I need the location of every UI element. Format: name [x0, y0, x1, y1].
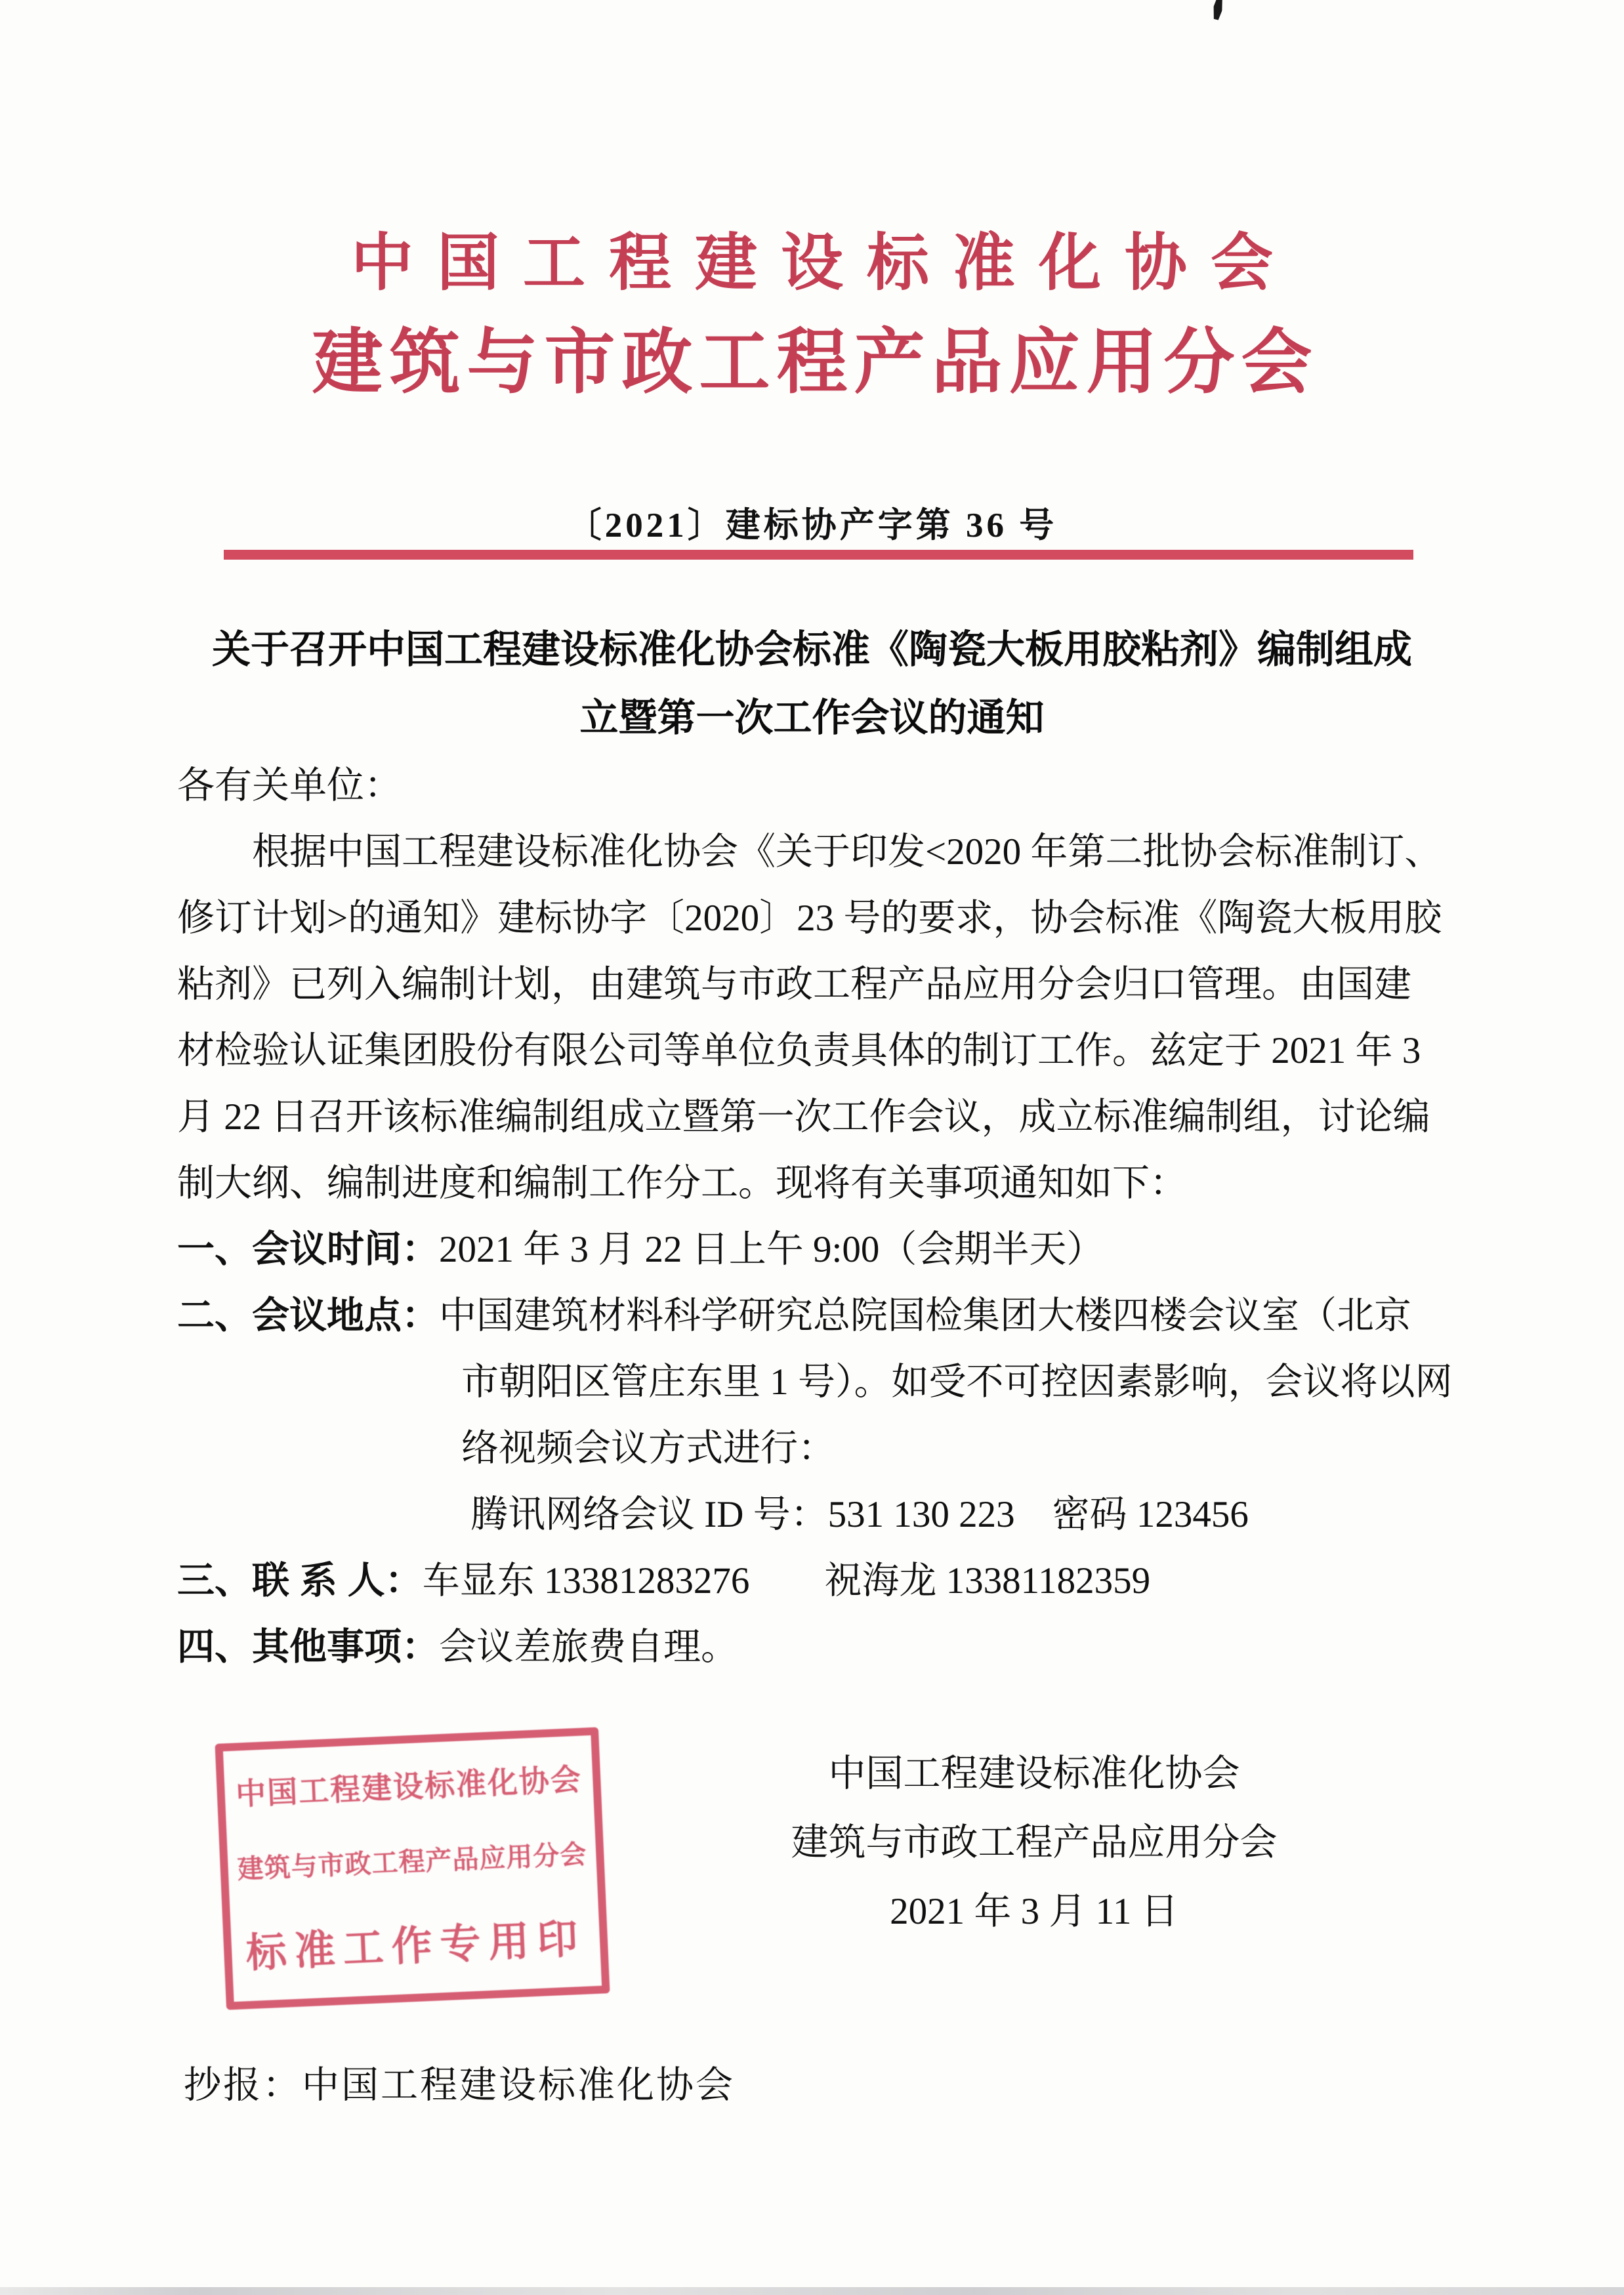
salutation-line: 各有关单位：	[177, 753, 1454, 819]
line-text: 2021 年 3 月 22 日上午 9:00（会期半天）	[439, 1229, 1104, 1270]
official-seal-stamp: 中国工程建设标准化协会 建筑与市政工程产品应用分会 标准工作专用印	[215, 1727, 610, 2010]
item-label: 一、会议时间：	[177, 1228, 439, 1270]
item-label: 四、其他事项：	[177, 1626, 439, 1668]
notice-title: 关于召开中国工程建设标准化协会标准《陶瓷大板用胶粘剂》编制组成 立暨第一次工作会…	[85, 615, 1539, 752]
line-text: 中国建筑材料科学研究总院国检集团大楼四楼会议室（北京	[439, 1295, 1411, 1336]
cc-recipients-line: 抄报：中国工程建设标准化协会	[184, 2055, 735, 2109]
org-name-line1: 中国工程建设标准化协会	[0, 228, 1624, 298]
stamp-line2: 建筑与市政工程产品应用分会	[236, 1833, 587, 1886]
line-text: 络视频会议方式进行：	[461, 1428, 835, 1469]
line-text: 市朝阳区管庄东里 1 号）。如受不可控因素影响，会议将以网	[461, 1361, 1453, 1403]
item-label: 二、会议地点：	[177, 1294, 439, 1336]
body-line: 络视频会议方式进行：	[177, 1415, 1454, 1481]
line-text: 腾讯网络会议 ID 号：531 130 223 密码 123456	[470, 1494, 1249, 1535]
org-name-line2: 建筑与市政工程产品应用分会	[0, 324, 1624, 403]
body-line: 市朝阳区管庄东里 1 号）。如受不可控因素影响，会议将以网	[177, 1349, 1454, 1415]
scan-artifact-mark	[1211, 0, 1225, 20]
line-text: 根据中国工程建设标准化协会《关于印发<2020 年第二批协会标准制订、	[252, 831, 1442, 873]
stamp-line1: 中国工程建设标准化协会	[235, 1756, 583, 1814]
line-text: 材检验认证集团股份有限公司等单位负责具体的制订工作。兹定于 2021 年 3	[177, 1030, 1421, 1071]
stamp-line3: 标准工作专用印	[245, 1906, 587, 1979]
signature-org-line1: 中国工程建设标准化协会	[752, 1739, 1316, 1808]
notice-title-line2: 立暨第一次工作会议的通知	[579, 696, 1044, 739]
line-text: 粘剂》已列入编制计划，由建筑与市政工程产品应用分会归口管理。由国建	[177, 964, 1411, 1005]
line-text: 会议差旅费自理。	[439, 1626, 738, 1668]
document-page: 中国工程建设标准化协会 建筑与市政工程产品应用分会 〔2021〕建标协产字第 3…	[0, 0, 1624, 2295]
line-text: 制大纲、编制进度和编制工作分工。现将有关事项通知如下：	[177, 1163, 1187, 1204]
tencent-meeting-line: 腾讯网络会议 ID 号：531 130 223 密码 123456	[177, 1481, 1454, 1548]
body-line: 修订计划>的通知》建标协字〔2020〕23 号的要求，协会标准《陶瓷大板用胶	[177, 885, 1454, 951]
other-items-line: 四、其他事项：会议差旅费自理。	[177, 1614, 1454, 1680]
line-text: 车显东 13381283276 祝海龙 13381182359	[423, 1560, 1150, 1602]
body-line: 根据中国工程建设标准化协会《关于印发<2020 年第二批协会标准制订、	[177, 819, 1454, 885]
meeting-time-line: 一、会议时间：2021 年 3 月 22 日上午 9:00（会期半天）	[177, 1216, 1454, 1283]
signature-org-line2: 建筑与市政工程产品应用分会	[752, 1808, 1316, 1877]
meeting-place-line: 二、会议地点：中国建筑材料科学研究总院国检集团大楼四楼会议室（北京	[177, 1283, 1454, 1349]
scan-edge-band	[0, 2287, 1624, 2295]
signature-block: 中国工程建设标准化协会 建筑与市政工程产品应用分会 2021 年 3 月 11 …	[752, 1739, 1316, 1946]
body-line: 材检验认证集团股份有限公司等单位负责具体的制订工作。兹定于 2021 年 3	[177, 1018, 1454, 1084]
body-line: 制大纲、编制进度和编制工作分工。现将有关事项通知如下：	[177, 1150, 1454, 1216]
document-number: 〔2021〕建标协产字第 36 号	[0, 497, 1624, 547]
body-line: 粘剂》已列入编制计划，由建筑与市政工程产品应用分会归口管理。由国建	[177, 951, 1454, 1018]
item-label: 三、联 系 人：	[177, 1560, 423, 1602]
contacts-line: 三、联 系 人：车显东 13381283276 祝海龙 13381182359	[177, 1548, 1454, 1614]
body-line: 月 22 日召开该标准编制组成立暨第一次工作会议，成立标准编制组，讨论编	[177, 1084, 1454, 1150]
divider-rule	[224, 550, 1413, 560]
line-text: 修订计划>的通知》建标协字〔2020〕23 号的要求，协会标准《陶瓷大板用胶	[177, 898, 1442, 939]
line-text: 各有关单位：	[177, 765, 402, 806]
line-text: 月 22 日召开该标准编制组成立暨第一次工作会议，成立标准编制组，讨论编	[177, 1096, 1430, 1138]
notice-body: 各有关单位： 根据中国工程建设标准化协会《关于印发<2020 年第二批协会标准制…	[177, 753, 1454, 1680]
signature-date: 2021 年 3 月 11 日	[752, 1877, 1316, 1946]
notice-title-line1: 关于召开中国工程建设标准化协会标准《陶瓷大板用胶粘剂》编制组成	[212, 628, 1412, 671]
